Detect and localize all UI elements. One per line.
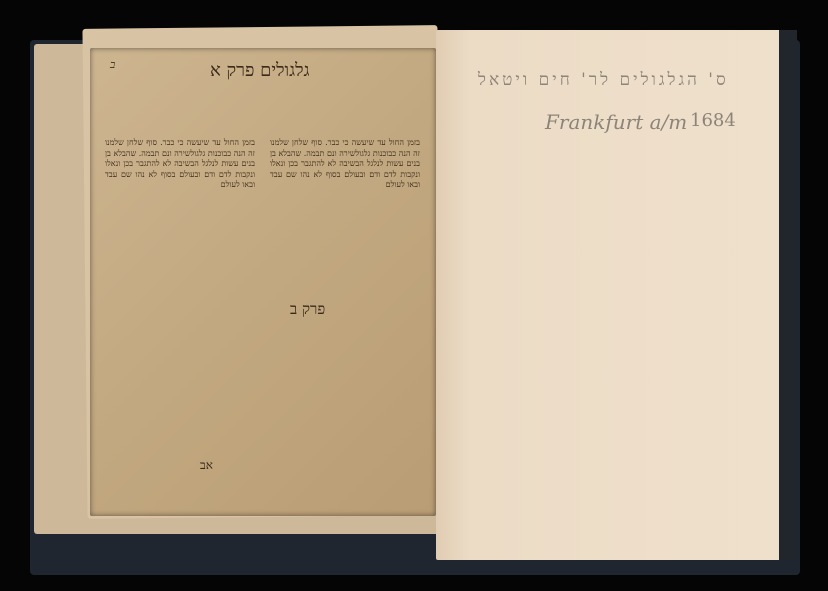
book-edge: [779, 30, 797, 560]
pencil-inscription-hebrew: ס' הגלגולים לר' חים ויטאל: [478, 70, 729, 90]
running-title: גלגולים פרק א: [210, 60, 309, 81]
text-column-left: בזמן החול עד שיעשה כי כבר. סוף שלחן שלמנ…: [105, 138, 255, 498]
handwritten-note: ב: [110, 58, 115, 71]
chapter-heading: פרק ב: [290, 300, 325, 319]
pencil-inscription-year: 1684: [690, 110, 736, 131]
signature-mark: אב: [200, 458, 213, 473]
pencil-inscription-place: Frankfurt a/m: [545, 110, 687, 134]
left-printed-page: גלגולים פרק א ב בזמן החול עד שיעשה כי כב…: [90, 48, 436, 516]
